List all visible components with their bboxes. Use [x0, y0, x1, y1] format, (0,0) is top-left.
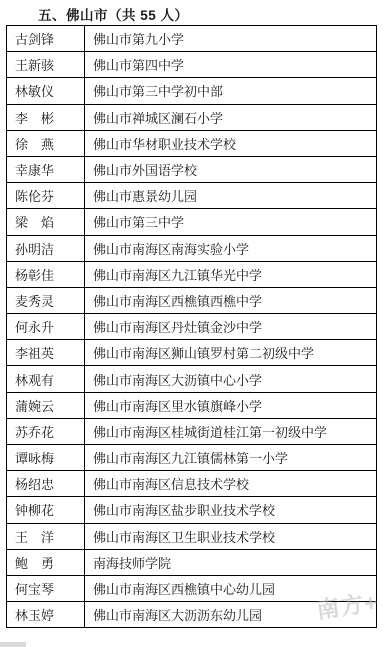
school-name-cell: 佛山市南海区里水镇旗峰小学: [85, 392, 377, 418]
table-row: 李 彬佛山市禅城区澜石小学: [7, 104, 377, 130]
school-name-cell: 佛山市南海区大沥沥东幼儿园: [85, 602, 377, 628]
person-name-cell: 幸康华: [7, 156, 85, 182]
person-name-cell: 李祖英: [7, 340, 85, 366]
person-name-cell: 谭咏梅: [7, 445, 85, 471]
table-row: 何宝琴佛山市南海区西樵镇中心幼儿园: [7, 575, 377, 601]
bottom-left-gray-bar: [0, 642, 26, 647]
school-name-cell: 佛山市第九小学: [85, 26, 377, 52]
person-name-cell: 林观有: [7, 366, 85, 392]
table-row: 李祖英佛山市南海区狮山镇罗村第二初级中学: [7, 340, 377, 366]
school-name-cell: 佛山市南海区大沥镇中心小学: [85, 366, 377, 392]
person-name-cell: 何宝琴: [7, 575, 85, 601]
person-name-cell: 杨绍忠: [7, 471, 85, 497]
person-name-cell: 林敏仪: [7, 78, 85, 104]
table-row: 林观有佛山市南海区大沥镇中心小学: [7, 366, 377, 392]
school-name-cell: 佛山市南海区卫生职业技术学校: [85, 523, 377, 549]
document-page: 五、佛山市（共 55 人） 古剑锋佛山市第九小学王新骇佛山市第四中学林敏仪佛山市…: [0, 0, 384, 647]
school-name-cell: 佛山市第三中学: [85, 209, 377, 235]
table-row: 杨绍忠佛山市南海区信息技术学校: [7, 471, 377, 497]
table-row: 蒲婉云佛山市南海区里水镇旗峰小学: [7, 392, 377, 418]
table-row: 古剑锋佛山市第九小学: [7, 26, 377, 52]
roster-table: 古剑锋佛山市第九小学王新骇佛山市第四中学林敏仪佛山市第三中学初中部李 彬佛山市禅…: [6, 25, 377, 628]
school-name-cell: 佛山市禅城区澜石小学: [85, 104, 377, 130]
table-row: 徐 燕佛山市华材职业技术学校: [7, 130, 377, 156]
person-name-cell: 钟柳花: [7, 497, 85, 523]
school-name-cell: 佛山市第三中学初中部: [85, 78, 377, 104]
person-name-cell: 徐 燕: [7, 130, 85, 156]
person-name-cell: 王新骇: [7, 52, 85, 78]
school-name-cell: 佛山市南海区狮山镇罗村第二初级中学: [85, 340, 377, 366]
person-name-cell: 古剑锋: [7, 26, 85, 52]
school-name-cell: 佛山市南海区九江镇儒林第一小学: [85, 445, 377, 471]
school-name-cell: 佛山市第四中学: [85, 52, 377, 78]
table-row: 王 洋佛山市南海区卫生职业技术学校: [7, 523, 377, 549]
section-title: 五、佛山市（共 55 人）: [38, 4, 189, 24]
table-row: 梁 焰佛山市第三中学: [7, 209, 377, 235]
roster-table-body: 古剑锋佛山市第九小学王新骇佛山市第四中学林敏仪佛山市第三中学初中部李 彬佛山市禅…: [7, 26, 377, 628]
table-row: 鲍 勇南海技师学院: [7, 549, 377, 575]
person-name-cell: 苏乔花: [7, 418, 85, 444]
person-name-cell: 鲍 勇: [7, 549, 85, 575]
school-name-cell: 佛山市南海区桂城街道桂江第一初级中学: [85, 418, 377, 444]
person-name-cell: 杨彰佳: [7, 261, 85, 287]
school-name-cell: 佛山市南海区盐步职业技术学校: [85, 497, 377, 523]
person-name-cell: 李 彬: [7, 104, 85, 130]
school-name-cell: 佛山市南海区信息技术学校: [85, 471, 377, 497]
table-row: 谭咏梅佛山市南海区九江镇儒林第一小学: [7, 445, 377, 471]
table-row: 王新骇佛山市第四中学: [7, 52, 377, 78]
school-name-cell: 南海技师学院: [85, 549, 377, 575]
school-name-cell: 佛山市南海区九江镇华光中学: [85, 261, 377, 287]
table-row: 幸康华佛山市外国语学校: [7, 156, 377, 182]
school-name-cell: 佛山市南海区丹灶镇金沙中学: [85, 314, 377, 340]
person-name-cell: 孙明洁: [7, 235, 85, 261]
table-row: 何永升佛山市南海区丹灶镇金沙中学: [7, 314, 377, 340]
table-row: 林玉婷佛山市南海区大沥沥东幼儿园: [7, 602, 377, 628]
school-name-cell: 佛山市南海区西樵镇西樵中学: [85, 287, 377, 313]
person-name-cell: 王 洋: [7, 523, 85, 549]
school-name-cell: 佛山市南海区西樵镇中心幼儿园: [85, 575, 377, 601]
table-row: 孙明洁佛山市南海区南海实验小学: [7, 235, 377, 261]
person-name-cell: 蒲婉云: [7, 392, 85, 418]
person-name-cell: 林玉婷: [7, 602, 85, 628]
table-row: 林敏仪佛山市第三中学初中部: [7, 78, 377, 104]
school-name-cell: 佛山市惠景幼儿园: [85, 183, 377, 209]
person-name-cell: 梁 焰: [7, 209, 85, 235]
table-row: 杨彰佳佛山市南海区九江镇华光中学: [7, 261, 377, 287]
person-name-cell: 麦秀灵: [7, 287, 85, 313]
table-row: 苏乔花佛山市南海区桂城街道桂江第一初级中学: [7, 418, 377, 444]
school-name-cell: 佛山市华材职业技术学校: [85, 130, 377, 156]
person-name-cell: 陈伦芬: [7, 183, 85, 209]
table-row: 陈伦芬佛山市惠景幼儿园: [7, 183, 377, 209]
school-name-cell: 佛山市外国语学校: [85, 156, 377, 182]
table-row: 麦秀灵佛山市南海区西樵镇西樵中学: [7, 287, 377, 313]
school-name-cell: 佛山市南海区南海实验小学: [85, 235, 377, 261]
person-name-cell: 何永升: [7, 314, 85, 340]
table-row: 钟柳花佛山市南海区盐步职业技术学校: [7, 497, 377, 523]
